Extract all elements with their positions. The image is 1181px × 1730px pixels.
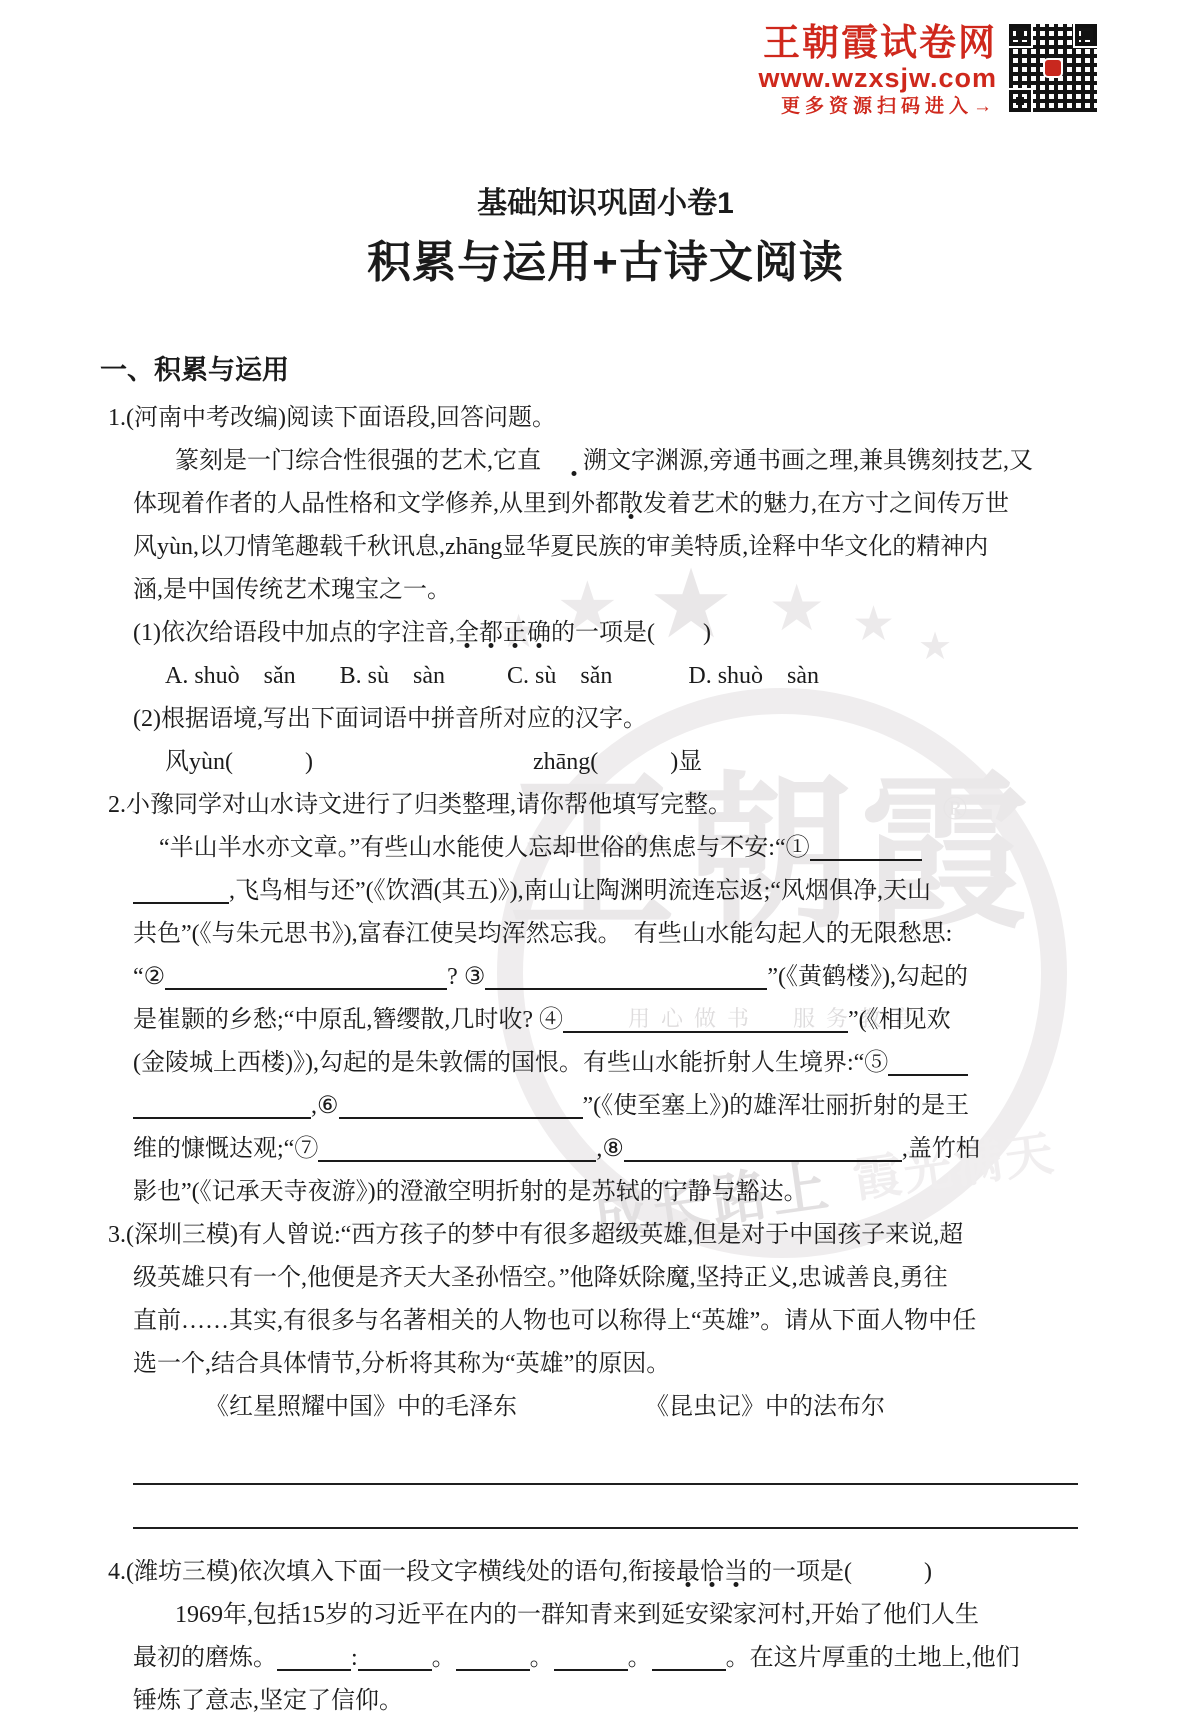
text-segment: 共色”(《与朱元思书》),富春江使吴均浑然忘我。 有些山水能勾起人的无限愁思:: [133, 921, 952, 947]
q1-fill-row: 风yùn( ) zhāng( )显: [133, 741, 1078, 784]
q3-choice-right: 《昆虫记》中的法布尔: [645, 1386, 885, 1429]
emphasized-char: 确: [527, 612, 551, 647]
text-segment: 文字渊源,旁通书画之理,兼具镌刻技艺,又: [607, 448, 1033, 474]
text-segment: 选一个,结合具体情节,分析将其称为“英雄”的原因。: [133, 1351, 670, 1377]
q1-passage-line: 体现着作者的人品性格和文学修养,从里到外都散发着艺术的魅力,在方寸之间传万世: [133, 483, 1078, 526]
emphasized-char: 恰: [700, 1551, 724, 1586]
emphasized-char: 正: [503, 612, 527, 647]
q4-line: 锤炼了意志,坚定了信仰。: [133, 1680, 1078, 1723]
answer-blank: [133, 890, 229, 904]
text-segment: 风yùn,以刀情笔趣载千秋讯息,zhāng显华夏民族的审美特质,诠释中华文化的精…: [133, 534, 988, 560]
q1-passage-line: 风yùn,以刀情笔趣载千秋讯息,zhāng显华夏民族的审美特质,诠释中华文化的精…: [133, 526, 1078, 569]
q4-line: 1969年,包括15岁的习近平在内的一群知青来到延安梁家河村,开始了他们人生: [133, 1594, 1078, 1637]
answer-blank: [652, 1657, 726, 1671]
q2-line: (金陵城上西楼)》),勾起的是朱敦儒的国恨。有些山水能折射人生境界:“⑤: [133, 1042, 1078, 1085]
q4-line: 最初的磨炼。:。。。。在这片厚重的土地上,他们: [133, 1637, 1078, 1680]
q1-options-row: A. shuò sǎn B. sù sàn C. sù sǎn D. shuò …: [133, 655, 1078, 698]
text-segment: 级英雄只有一个,他便是齐天大圣孙悟空。”他降妖除魔,坚持正义,忠诚善良,勇往: [133, 1265, 948, 1291]
q2-line: 维的慷慨达观;“⑦,⑧,盖竹柏: [133, 1128, 1078, 1171]
text-segment: 体现着作者的人品性格和文学修养,从里到外都: [133, 491, 619, 517]
text-segment: :: [351, 1645, 358, 1671]
q3-line: 级英雄只有一个,他便是齐天大圣孙悟空。”他降妖除魔,坚持正义,忠诚善良,勇往: [133, 1257, 1078, 1300]
answer-blank: [485, 976, 767, 990]
text-segment: 发着艺术的魅力,在方寸之间传万世: [643, 491, 1009, 517]
q2-line: 共色”(《与朱元思书》),富春江使吴均浑然忘我。 有些山水能勾起人的无限愁思:: [133, 913, 1078, 956]
text-segment: (金陵城上西楼)》),勾起的是朱敦儒的国恨。有些山水能折射人生境界:“⑤: [133, 1050, 888, 1076]
emphasized-char: 最: [676, 1551, 700, 1586]
answer-blank: [624, 1148, 902, 1162]
q1-fill-left: 风yùn( ): [165, 741, 313, 784]
text-segment: (1)依次给语段中加点的字注音,: [133, 620, 455, 646]
answer-blank: [563, 1019, 848, 1033]
q1-option-a: A. shuò sǎn: [165, 655, 296, 698]
text-segment: 。: [530, 1645, 554, 1671]
q1-fill-right: zhāng( )显: [533, 741, 702, 784]
q1-stem: 1.(河南中考改编)阅读下面语段,回答问题。: [108, 397, 1078, 440]
q2-line: “②? ③”(《黄鹤楼》),勾起的: [133, 956, 1078, 999]
q1-option-b: B. sù sàn: [340, 655, 445, 698]
text-segment: 影也”(《记承天寺夜游》)的澄澈空明折射的是苏轼的宁静与豁达。: [133, 1179, 808, 1205]
emphasized-char: 都: [479, 612, 503, 647]
text-segment: 1.(河南中考改编)阅读下面语段,回答问题。: [108, 405, 556, 431]
q3-line: 直前……其实,有很多与名著相关的人物也可以称得上“英雄”。请从下面人物中任: [133, 1300, 1078, 1343]
emphasized-char: 散: [619, 483, 643, 518]
text-segment: “②: [133, 964, 165, 990]
answer-blank: [277, 1657, 351, 1671]
answer-blank: [358, 1657, 432, 1671]
text-segment: 2.小豫同学对山水诗文进行了归类整理,请你帮他填写完整。: [108, 792, 732, 818]
text-segment: 维的慷慨达观;“⑦: [133, 1136, 318, 1162]
paper-subtitle: 基础知识巩固小卷1: [133, 0, 1078, 222]
q3-stem: 3.(深圳三模)有人曾说:“西方孩子的梦中有很多超级英雄,但是对于中国孩子来说,…: [108, 1214, 1078, 1257]
emphasized-char: 当: [724, 1551, 748, 1586]
q1-subquestion-2: (2)根据语境,写出下面词语中拼音所对应的汉字。: [133, 698, 1078, 741]
text-segment: ,盖竹柏: [902, 1136, 980, 1162]
text-segment: 篆刻是一门综合性很强的艺术,它直: [175, 448, 541, 474]
answer-line: [133, 1527, 1078, 1529]
text-segment: 涵,是中国传统艺术瑰宝之一。: [133, 577, 451, 603]
text-segment: 4.(潍坊三模)依次填入下面一段文字横线处的语句,衔接: [108, 1559, 676, 1585]
q2-line: 影也”(《记承天寺夜游》)的澄澈空明折射的是苏轼的宁静与豁达。: [133, 1171, 1078, 1214]
q2-line: “半山半水亦文章。”有些山水能使人忘却世俗的焦虑与不安:“①: [133, 827, 1078, 870]
text-segment: ”(《黄鹤楼》),勾起的: [767, 964, 968, 990]
answer-blank: [810, 847, 922, 861]
q1-passage-line: 涵,是中国传统艺术瑰宝之一。: [133, 569, 1078, 612]
q1-option-d: D. shuò sàn: [688, 655, 819, 698]
q2-line: ,⑥”(《使至塞上》)的雄浑壮丽折射的是王: [133, 1085, 1078, 1128]
text-segment: 锤炼了意志,坚定了信仰。: [133, 1688, 403, 1714]
text-segment: 。: [432, 1645, 456, 1671]
q4-stem: 4.(潍坊三模)依次填入下面一段文字横线处的语句,衔接最恰当的一项是( ): [108, 1551, 1078, 1594]
exam-content: 基础知识巩固小卷1 积累与运用+古诗文阅读 一、积累与运用 1.(河南中考改编)…: [0, 0, 1181, 1723]
text-segment: 的一项是( ): [748, 1559, 932, 1585]
q3-choices-row: 《红星照耀中国》中的毛泽东 《昆虫记》中的法布尔: [133, 1386, 1078, 1429]
emphasized-char: 溯: [541, 440, 607, 475]
text-segment: (2)根据语境,写出下面词语中拼音所对应的汉字。: [133, 706, 647, 732]
text-segment: 最初的磨炼。: [133, 1645, 277, 1671]
emphasized-char: 全: [455, 612, 479, 647]
q2-stem: 2.小豫同学对山水诗文进行了归类整理,请你帮他填写完整。: [108, 784, 1078, 827]
text-segment: 的一项是( ): [551, 620, 711, 646]
answer-blank: [133, 1105, 311, 1119]
q3-line: 选一个,结合具体情节,分析将其称为“英雄”的原因。: [133, 1343, 1078, 1386]
q1-subquestion-1: (1)依次给语段中加点的字注音,全都正确的一项是( ): [133, 612, 1078, 655]
answer-blank: [339, 1105, 583, 1119]
q3-choice-left: 《红星照耀中国》中的毛泽东: [205, 1386, 517, 1429]
q2-line: ,飞鸟相与还”(《饮酒(其五)》),南山让陶渊明流连忘返;“风烟俱净,天山: [133, 870, 1078, 913]
text-segment: 3.(深圳三模)有人曾说:“西方孩子的梦中有很多超级英雄,但是对于中国孩子来说,…: [108, 1222, 963, 1248]
answer-blank: [165, 976, 447, 990]
q1-option-c: C. sù sǎn: [507, 655, 612, 698]
text-segment: ? ③: [447, 964, 485, 990]
paper-title: 积累与运用+古诗文阅读: [133, 226, 1078, 290]
text-segment: 1969年,包括15岁的习近平在内的一群知青来到延安梁家河村,开始了他们人生: [175, 1602, 979, 1628]
text-segment: 。: [628, 1645, 652, 1671]
text-segment: “半山半水亦文章。”有些山水能使人忘却世俗的焦虑与不安:“①: [159, 835, 810, 861]
q1-passage-line: 篆刻是一门综合性很强的艺术,它直溯文字渊源,旁通书画之理,兼具镌刻技艺,又: [133, 440, 1078, 483]
text-segment: ,⑥: [311, 1093, 339, 1119]
text-segment: ”(《相见欢: [848, 1007, 951, 1033]
answer-line: [133, 1483, 1078, 1485]
q2-line: 是崔颢的乡愁;“中原乱,簪缨散,几时收? ④”(《相见欢: [133, 999, 1078, 1042]
text-segment: 是崔颢的乡愁;“中原乱,簪缨散,几时收? ④: [133, 1007, 563, 1033]
text-segment: 直前……其实,有很多与名著相关的人物也可以称得上“英雄”。请从下面人物中任: [133, 1308, 976, 1334]
answer-blank: [456, 1657, 530, 1671]
text-segment: 。在这片厚重的土地上,他们: [726, 1645, 1020, 1671]
answer-blank: [554, 1657, 628, 1671]
text-segment: ”(《使至塞上》)的雄浑壮丽折射的是王: [583, 1093, 970, 1119]
exam-page: ★ ★ ★ ★ ★ ★ 王朝霞 ® 用心做书 服务教育 成长路上 霞光满天 王朝…: [0, 0, 1181, 1730]
text-segment: ,飞鸟相与还”(《饮酒(其五)》),南山让陶渊明流连忘返;“风烟俱净,天山: [229, 878, 931, 904]
text-segment: ,⑧: [596, 1136, 624, 1162]
answer-blank: [888, 1062, 968, 1076]
answer-blank: [318, 1148, 596, 1162]
section-heading: 一、积累与运用: [100, 348, 1078, 387]
